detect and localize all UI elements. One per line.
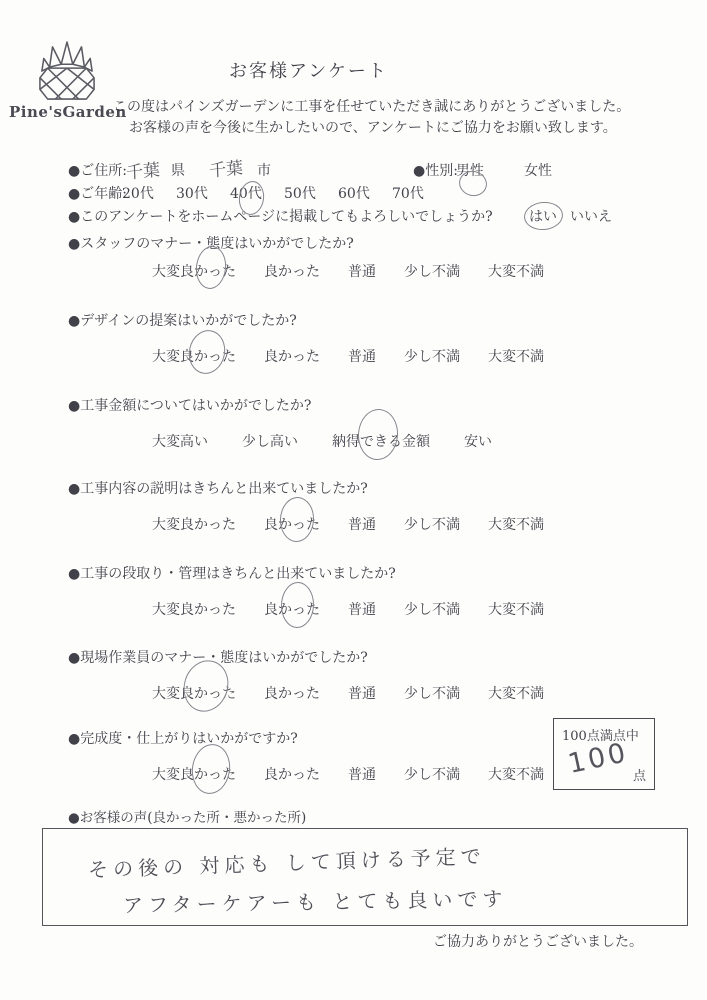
- pref-suffix-label: 県: [171, 160, 185, 180]
- option: 普通: [348, 346, 376, 366]
- question-options: 大変良かった 良かった 普通 少し不満 大変不満: [152, 599, 544, 619]
- score-unit-label: 点: [633, 765, 646, 784]
- option: 少し不満: [404, 514, 460, 534]
- voice-section-label: ●お客様の声(良かった所・悪かった所): [68, 806, 306, 826]
- option: 大変良かった: [152, 514, 236, 534]
- question-label: ●工事の段取り・管理はきちんと出来ていましたか?: [68, 563, 396, 583]
- option: 普通: [348, 764, 376, 784]
- age-option-60s: 60代: [338, 183, 370, 203]
- survey-page: Pine'sGarden お客様アンケート この度はパインズガーデンに工事を任せ…: [0, 0, 707, 1000]
- address-city-handwritten: 千葉: [209, 153, 244, 182]
- option: 少し不満: [404, 764, 460, 784]
- question-options: 大変良かった 良かった 普通 少し不満 大変不満: [152, 514, 544, 534]
- option: 少し不満: [404, 683, 460, 703]
- publish-option-no: いいえ: [570, 206, 612, 226]
- option: 少し不満: [404, 346, 460, 366]
- voice-comment-line-1: その後の 対応も して頂ける予定で: [88, 840, 486, 883]
- age-option-70s: 70代: [392, 183, 424, 203]
- option: 大変不満: [488, 599, 544, 619]
- gender-label: ●性別:: [413, 160, 458, 180]
- selection-circle-q5: [280, 581, 315, 628]
- city-suffix-label: 市: [257, 160, 271, 180]
- gender-option-female: 女性: [524, 160, 552, 180]
- question-label: ●工事内容の説明はきちんと出来ていましたか?: [68, 478, 368, 498]
- option: 大変不満: [488, 764, 544, 784]
- option: 大変不満: [488, 683, 544, 703]
- option: 大変不満: [488, 514, 544, 534]
- option: 大変高い: [152, 431, 208, 451]
- age-label: ●ご年齢:: [68, 183, 127, 203]
- voice-comment-line-2: アフターケアーも とても良いです: [123, 883, 508, 919]
- age-row: ●ご年齢: 20代 30代 40代 50代 60代 70代: [0, 183, 707, 205]
- voice-comment-box: その後の 対応も して頂ける予定で アフターケアーも とても良いです: [42, 828, 688, 926]
- selection-circle-q3: [356, 408, 399, 462]
- closing-thanks: ご協力ありがとうございました。: [433, 931, 643, 951]
- pineapple-logo-icon: [38, 41, 96, 103]
- address-label: ●ご住所:: [68, 160, 127, 180]
- option: 少し不満: [404, 599, 460, 619]
- option: 良かった: [264, 346, 320, 366]
- question-options: 大変高い 少し高い 納得できる金額 安い: [152, 431, 492, 451]
- option: 大変良かった: [152, 599, 236, 619]
- option: 普通: [348, 599, 376, 619]
- option: 良かった: [264, 764, 320, 784]
- option: 普通: [348, 683, 376, 703]
- option: 普通: [348, 514, 376, 534]
- option: 良かった: [264, 683, 320, 703]
- intro-line-2: お客様の声を今後に生かしたいので、アンケートにご協力をお願い致します。: [129, 117, 617, 137]
- age-option-20s: 20代: [122, 183, 154, 203]
- publish-row: ●このアンケートをホームページに掲載してもよろしいでしょうか? はい いいえ: [0, 206, 707, 228]
- option: 普通: [348, 261, 376, 281]
- publish-question-label: ●このアンケートをホームページに掲載してもよろしいでしょうか?: [68, 206, 493, 226]
- option: 大変不満: [488, 261, 544, 281]
- address-gender-row: ●ご住所: 千葉 県 千葉 市 ●性別: 男性 女性: [0, 160, 707, 182]
- option: 大変不満: [488, 346, 544, 366]
- page-title: お客様アンケート: [229, 57, 388, 83]
- intro-line-1: この度はパインズガーデンに工事を任せていただき誠にありがとうございました。: [113, 96, 630, 116]
- option: 良かった: [264, 261, 320, 281]
- age-option-30s: 30代: [176, 183, 208, 203]
- question-label: ●完成度・仕上がりはいかがですか?: [68, 728, 298, 748]
- option: 少し不満: [404, 261, 460, 281]
- brand-name: Pine'sGarden: [9, 103, 127, 121]
- question-label: ●デザインの提案はいかがでしたか?: [68, 310, 297, 330]
- option: 安い: [464, 431, 492, 451]
- selection-circle-q2: [185, 327, 229, 378]
- question-label: ●工事金額についてはいかがでしたか?: [68, 395, 311, 415]
- age-option-50s: 50代: [284, 183, 316, 203]
- score-box: 100点満点中 100 点: [553, 718, 655, 790]
- selection-circle-q4: [279, 496, 315, 543]
- selection-circle-q7: [189, 742, 234, 797]
- address-pref-handwritten: 千葉: [126, 155, 161, 184]
- option: 少し高い: [242, 431, 298, 451]
